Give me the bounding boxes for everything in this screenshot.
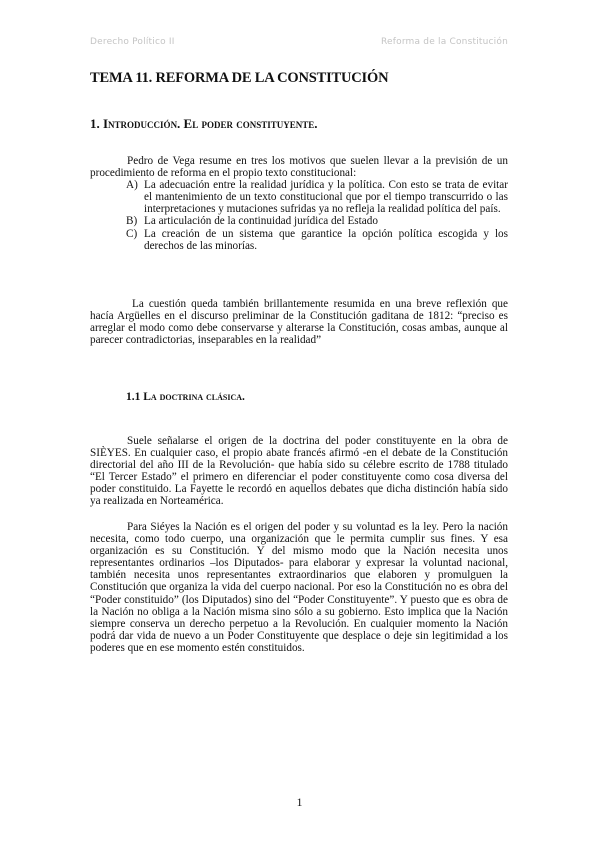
list-item: B) La articulación de la continuidad jur… xyxy=(90,215,508,227)
list-item-text: La articulación de la continuidad jurídi… xyxy=(144,215,508,227)
body-paragraph: Suele señalarse el origen de la doctrina… xyxy=(90,435,508,508)
page-number: 1 xyxy=(0,795,599,810)
motives-list: A) La adecuación entre la realidad juríd… xyxy=(90,179,508,252)
list-item-text: La creación de un sistema que garantice … xyxy=(144,228,508,252)
list-item-text: La adecuación entre la realidad jurídica… xyxy=(144,179,508,215)
document-title: TEMA 11. REFORMA DE LA CONSTITUCIÓN xyxy=(90,70,388,87)
intro-block: Pedro de Vega resume en tres los motivos… xyxy=(90,155,508,252)
classic-doctrine-block-2: Para Siéyes la Nación es el origen del p… xyxy=(90,521,508,654)
list-item-label: A) xyxy=(126,179,144,215)
running-header: Derecho Político II Reforma de la Consti… xyxy=(90,37,508,47)
list-item-label: C) xyxy=(126,228,144,252)
section-heading: 1. Introducción. El poder constituyente. xyxy=(90,116,318,132)
subsection-heading: 1.1 La doctrina clásica. xyxy=(126,391,245,403)
document-page: Derecho Político II Reforma de la Consti… xyxy=(0,0,599,848)
list-item-label: B) xyxy=(126,215,144,227)
list-item: C) La creación de un sistema que garanti… xyxy=(90,228,508,252)
body-paragraph: Para Siéyes la Nación es el origen del p… xyxy=(90,521,508,654)
classic-doctrine-block-1: Suele señalarse el origen de la doctrina… xyxy=(90,435,508,508)
header-course-name: Derecho Político II xyxy=(90,37,175,47)
header-topic-name: Reforma de la Constitución xyxy=(381,37,508,47)
list-item: A) La adecuación entre la realidad juríd… xyxy=(90,179,508,215)
quote-block: La cuestión queda también brillantemente… xyxy=(90,298,508,346)
intro-paragraph: Pedro de Vega resume en tres los motivos… xyxy=(90,155,508,179)
quote-paragraph: La cuestión queda también brillantemente… xyxy=(90,298,508,346)
